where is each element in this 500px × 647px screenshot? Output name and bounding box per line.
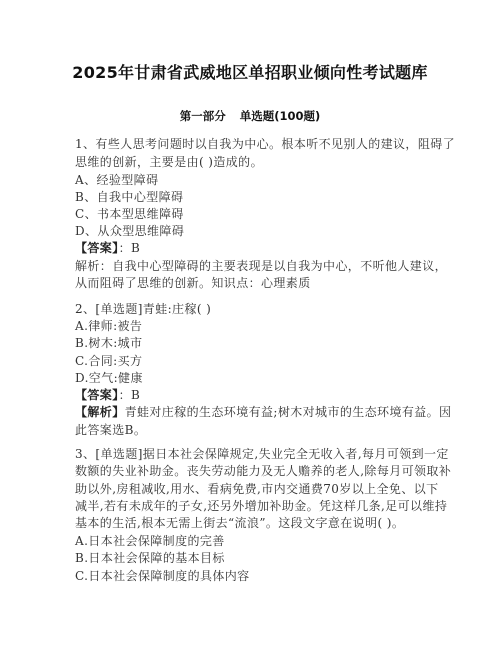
section-part: 第一部分	[180, 109, 226, 123]
question-1-option-b: B、自我中心型障碍	[75, 189, 435, 205]
question-2-stem: 2、[单选题]青蛙:庄稼( )	[75, 301, 435, 317]
question-1-option-d: D、从众型思维障碍	[75, 223, 435, 239]
question-1-analysis: 从而阻碍了思维的创新。知识点：心理素质	[75, 275, 435, 291]
section-name: 单选题(100题)	[240, 109, 321, 123]
question-3-option-c: C.日本社会保障制度的具体内容	[75, 568, 435, 584]
question-2-option-c: C.合同:买方	[75, 353, 435, 369]
analysis-text: 青蛙对庄稼的生态环境有益;树木对城市的生态环境有益。因	[125, 405, 452, 419]
question-3-stem: 数额的失业补助金。丧失劳动能力及无人赡养的老人,除每月可领取补	[75, 463, 435, 479]
question-3-option-a: A.日本社会保障制度的完善	[75, 533, 435, 549]
answer-value: ：B	[119, 388, 141, 402]
section-heading: 第一部分单选题(100题)	[0, 108, 500, 124]
document-title: 2025年甘肃省武威地区单招职业倾向性考试题库	[0, 60, 500, 83]
question-1-stem: 1、有些人思考问题时以自我为中心。根本听不见别人的建议，阻碍了	[75, 136, 435, 152]
question-1-answer: 【答案】：B	[75, 240, 435, 256]
answer-value: ：B	[119, 241, 141, 255]
question-2-option-a: A.律师:被告	[75, 318, 435, 334]
question-2-option-d: D.空气:健康	[75, 370, 435, 386]
answer-label: 【答案】	[75, 388, 119, 402]
answer-label: 【答案】	[75, 241, 119, 255]
question-3-option-b: B.日本社会保障的基本目标	[75, 550, 435, 566]
analysis-label: 【解析】	[75, 405, 125, 419]
question-2-analysis: 此答案选B。	[75, 422, 435, 438]
question-3-stem: 减半,若有未成年的子女,还另外增加补助金。凭这样几条,足可以维持	[75, 498, 435, 514]
question-3-stem: 3、[单选题]据日本社会保障规定,失业完全无收入者,每月可领到一定	[75, 446, 435, 462]
question-2-option-b: B.树木:城市	[75, 335, 435, 351]
question-1-option-a: A、经验型障碍	[75, 172, 435, 188]
question-1-option-c: C、书本型思维障碍	[75, 206, 435, 222]
question-2-analysis: 【解析】青蛙对庄稼的生态环境有益;树木对城市的生态环境有益。因	[75, 404, 435, 420]
question-3-stem: 基本的生活,根本无需上街去“流浪”。这段文字意在说明( )。	[75, 515, 435, 531]
question-3-stem: 助以外,房租减收,用水、看病免费,市内交通费70岁以上全免、以下	[75, 481, 435, 497]
question-1-analysis: 解析：自我中心型障碍的主要表现是以自我为中心，不听他人建议，	[75, 258, 435, 274]
question-1-stem: 思维的创新，主要是由( )造成的。	[75, 154, 435, 170]
question-2-answer: 【答案】：B	[75, 387, 435, 403]
